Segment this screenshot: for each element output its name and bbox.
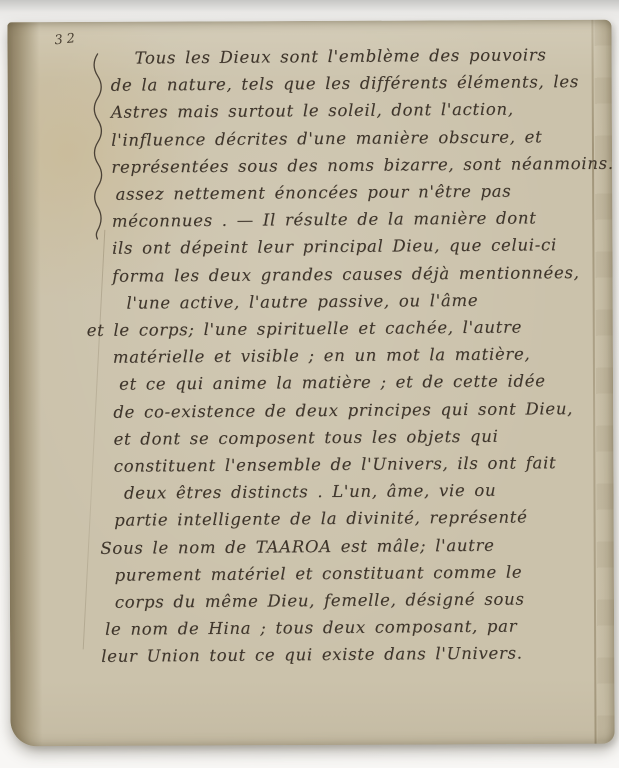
handwritten-line: corps du même Dieu, femelle, désigné sou… (115, 585, 607, 616)
handwritten-line: leur Union tout ce qui existe dans l'Uni… (101, 639, 607, 670)
handwritten-line: méconnues . — Il résulte de la manière d… (112, 204, 604, 235)
manuscript-page: 32 Tous les Dieux sont l'emblème des pou… (7, 20, 614, 747)
page-number: 32 (54, 31, 80, 49)
handwritten-line: et dont se composent tous les objets qui (113, 422, 605, 453)
handwritten-line: de co-existence de deux principes qui so… (113, 394, 605, 425)
manuscript-text-block: Tous les Dieux sont l'emblème des pouvoi… (110, 41, 607, 671)
margin-crease-line (83, 230, 106, 649)
handwritten-line: constituent l'ensemble de l'Univers, ils… (114, 449, 606, 480)
handwritten-line: partie intelligente de la divinité, repr… (114, 503, 606, 534)
handwritten-line: l'une active, l'autre passive, ou l'âme (112, 286, 604, 317)
book-binding-edge (7, 22, 42, 746)
handwritten-line: et ce qui anime la matière ; et de cette… (113, 367, 605, 398)
handwritten-line: ils ont dépeint leur principal Dieu, que… (112, 231, 604, 262)
handwritten-line: forma les deux grandes causes déjà menti… (112, 258, 604, 289)
handwritten-line: matérielle et visible ; en un mot la mat… (113, 340, 605, 371)
handwritten-line: l'influence décrites d'une manière obscu… (111, 122, 603, 153)
handwritten-line: Tous les Dieux sont l'emblème des pouvoi… (110, 41, 602, 72)
margin-brace-icon (88, 51, 107, 241)
handwritten-line: Astres mais surtout le soleil, dont l'ac… (111, 95, 603, 126)
handwritten-line: de la nature, tels que les différents él… (111, 68, 603, 99)
handwritten-line: deux êtres distincts . L'un, âme, vie ou (114, 476, 606, 507)
handwritten-line: le nom de Hina ; tous deux composant, pa… (105, 612, 607, 643)
handwritten-line: Sous le nom de TAAROA est mâle; l'autre (100, 531, 606, 562)
handwritten-line: et le corps; l'une spirituelle et cachée… (87, 313, 605, 344)
scanned-manuscript-photo: 32 Tous les Dieux sont l'emblème des pou… (0, 0, 619, 768)
handwritten-line: représentées sous des noms bizarre, sont… (111, 150, 603, 181)
handwritten-line: assez nettement énoncées pour n'être pas (111, 177, 603, 208)
handwritten-line: purement matériel et constituant comme l… (114, 558, 606, 589)
